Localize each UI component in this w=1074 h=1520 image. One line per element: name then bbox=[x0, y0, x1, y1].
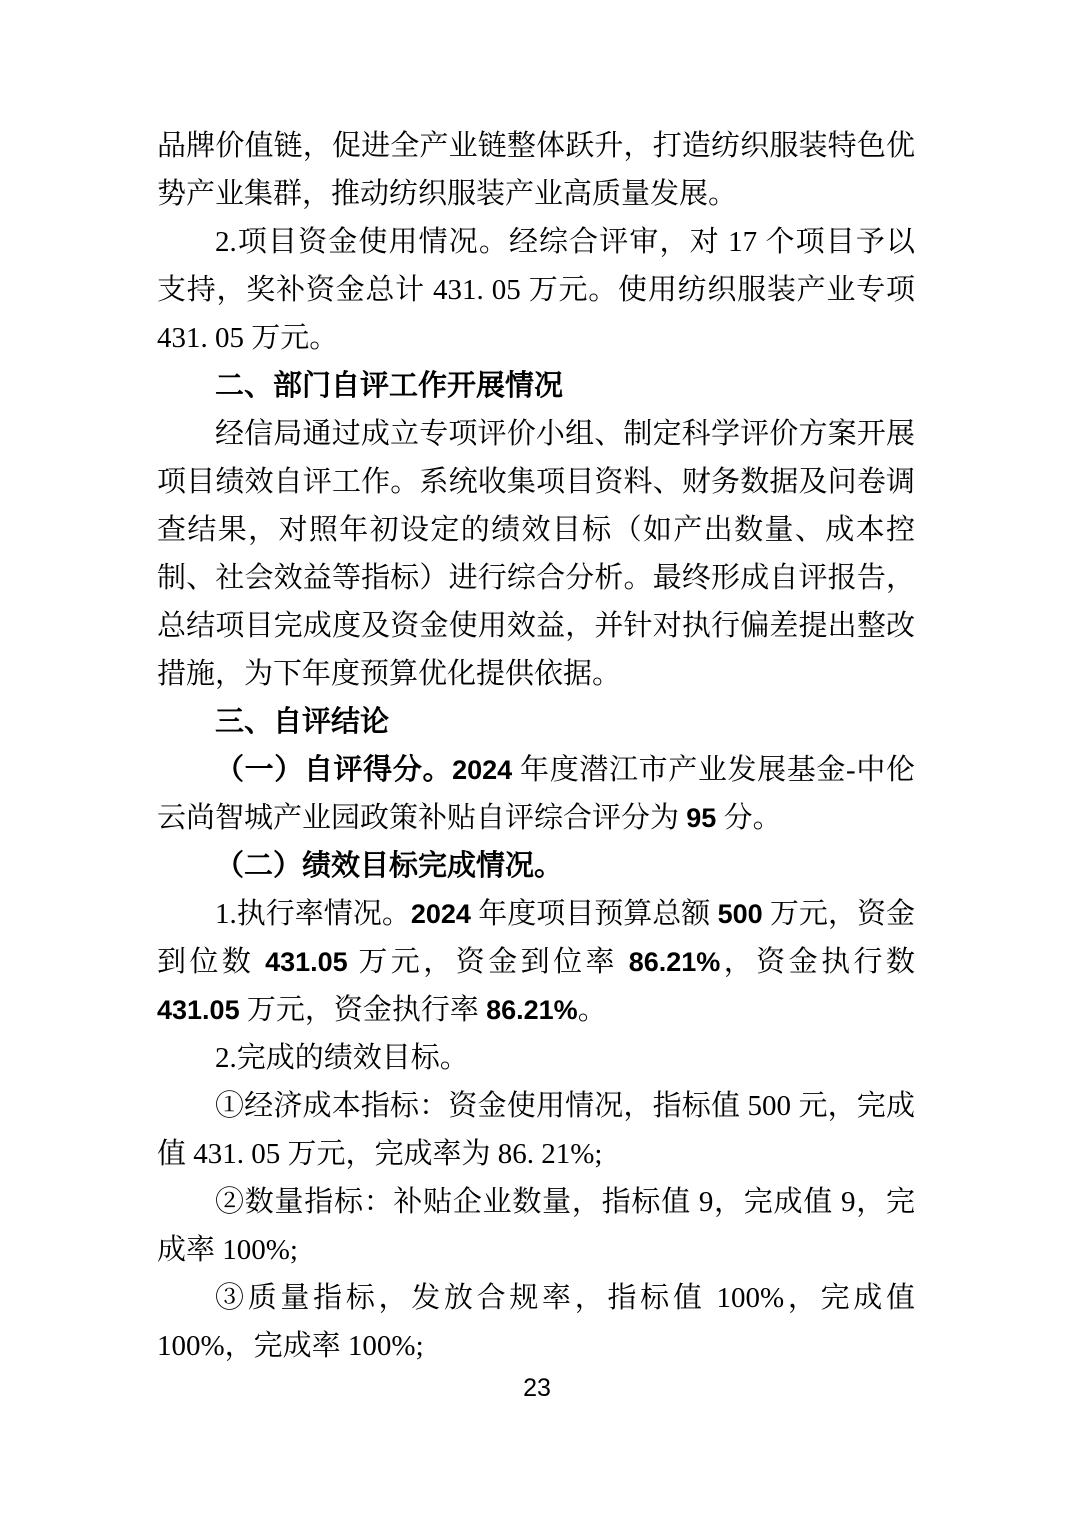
text-run: 2.完成的绩效目标。 bbox=[215, 1042, 469, 1074]
paragraph-self-eval-score: （一）自评得分。2024 年度潜江市产业发展基金-中伦云尚智城产业园政策补贴自评… bbox=[157, 746, 915, 842]
paragraph-indicator-quality: ③质量指标，发放合规率，指标值 100%，完成值 100%，完成率 100%; bbox=[157, 1274, 915, 1370]
document-body: 品牌价值链，促进全产业链整体跃升，打造纺织服装特色优势产业集群，推动纺织服装产业… bbox=[157, 122, 915, 1370]
paragraph-project-funds: 2.项目资金使用情况。经综合评审，对 17 个项目予以支持，奖补资金总计 431… bbox=[157, 218, 915, 362]
text-run: 。 bbox=[578, 994, 607, 1026]
text-run: 万元，资金到位率 bbox=[348, 946, 629, 978]
text-run: （一）自评得分。 bbox=[215, 754, 452, 786]
text-run: 2024 bbox=[452, 755, 512, 785]
text-run: 1.执行率情况。 bbox=[215, 898, 411, 930]
text-run: 431.05 bbox=[265, 947, 348, 977]
text-run: 万元，资金执行率 bbox=[240, 994, 487, 1026]
text-run: 品牌价值链，促进全产业链整体跃升，打造纺织服装特色优势产业集群，推动纺织服装产业… bbox=[157, 130, 915, 210]
paragraph-execution-rate: 1.执行率情况。2024 年度项目预算总额 500 万元，资金到位数 431.0… bbox=[157, 890, 915, 1034]
paragraph-indicator-quantity: ②数量指标：补贴企业数量，指标值 9，完成值 9，完成率 100%; bbox=[157, 1178, 915, 1274]
text-run: 86.21% bbox=[486, 995, 578, 1025]
paragraph-continuation: 品牌价值链，促进全产业链整体跃升，打造纺织服装特色优势产业集群，推动纺织服装产业… bbox=[157, 122, 915, 218]
page-number: 23 bbox=[523, 1374, 551, 1402]
text-run: ①经济成本指标：资金使用情况，指标值 500 元，完成值 431. 05 万元，… bbox=[157, 1090, 915, 1170]
text-run: 年度项目预算总额 bbox=[471, 898, 718, 930]
text-run: ，资金执行数 bbox=[720, 946, 915, 978]
paragraph-indicator-economic: ①经济成本指标：资金使用情况，指标值 500 元，完成值 431. 05 万元，… bbox=[157, 1082, 915, 1178]
text-run: ②数量指标：补贴企业数量，指标值 9，完成值 9，完成率 100%; bbox=[157, 1186, 915, 1266]
text-run: 2024 bbox=[411, 899, 471, 929]
text-run: 三、自评结论 bbox=[215, 706, 389, 738]
paragraph-self-eval-process: 经信局通过成立专项评价小组、制定科学评价方案开展项目绩效自评工作。系统收集项目资… bbox=[157, 410, 915, 698]
heading-section-two: 二、部门自评工作开展情况 bbox=[157, 362, 915, 410]
heading-section-three: 三、自评结论 bbox=[157, 698, 915, 746]
text-run: 分。 bbox=[716, 802, 781, 834]
paragraph-completed-targets: 2.完成的绩效目标。 bbox=[157, 1034, 915, 1082]
text-run: 95 bbox=[686, 803, 716, 833]
text-run: ③质量指标，发放合规率，指标值 100%，完成值 100%，完成率 100%; bbox=[157, 1282, 915, 1362]
paragraph-performance-targets-heading: （二）绩效目标完成情况。 bbox=[157, 842, 915, 890]
text-run: 2.项目资金使用情况。经综合评审，对 17 个项目予以支持，奖补资金总计 431… bbox=[157, 226, 915, 354]
page-footer: 23 bbox=[0, 1374, 1074, 1403]
text-run: 500 bbox=[718, 899, 763, 929]
document-page: 品牌价值链，促进全产业链整体跃升，打造纺织服装特色优势产业集群，推动纺织服装产业… bbox=[0, 0, 1074, 1520]
text-run: 86.21% bbox=[629, 947, 721, 977]
text-run: 经信局通过成立专项评价小组、制定科学评价方案开展项目绩效自评工作。系统收集项目资… bbox=[157, 418, 915, 690]
text-run: （二）绩效目标完成情况。 bbox=[215, 850, 563, 882]
text-run: 二、部门自评工作开展情况 bbox=[215, 370, 563, 402]
text-run: 431.05 bbox=[157, 995, 240, 1025]
